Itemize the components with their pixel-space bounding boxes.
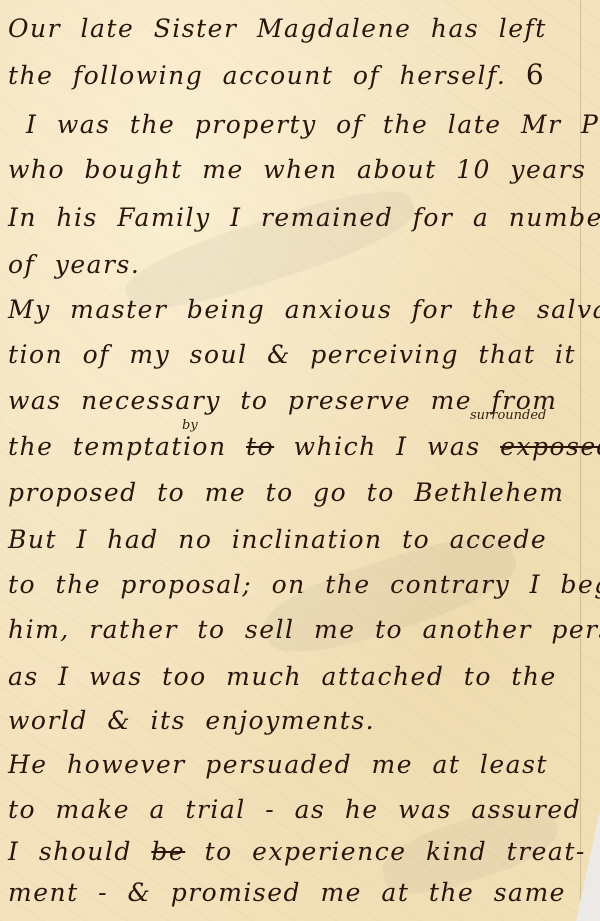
text-line-6: of years. [8, 250, 140, 279]
text-line-19: I should be to experience kind treat- [8, 837, 586, 866]
struck-word: to [246, 432, 274, 461]
text-line-1: Our late Sister Magdalene has left [8, 14, 547, 43]
text-line-3: I was the property of the late Mr Procto… [26, 110, 600, 139]
text-line-2: the following account of herself. 6 [8, 58, 545, 91]
text-line-5: In his Family I remained for a number [8, 203, 600, 232]
text-line-15: as I was too much attached to the [8, 662, 557, 691]
text-line-8: tion of my soul & perceiving that it [8, 340, 576, 369]
text-line-20: ment - & promised me at the same [8, 878, 566, 907]
text-line-13: to the proposal; on the contrary I begge… [8, 570, 600, 599]
insertion-by: by [182, 418, 198, 433]
text-line-14: him, rather to sell me to another person… [8, 615, 600, 644]
text-line-16: world & its enjoyments. [8, 706, 375, 735]
text-line-11: proposed to me to go to Bethlehem [8, 478, 564, 507]
text-line-12: But I had no inclination to accede [8, 525, 547, 554]
text-line-4: who bought me when about 10 years old [8, 155, 600, 184]
page-number: 6 [526, 58, 545, 91]
text-line-18: to make a trial - as he was assured [8, 795, 581, 824]
struck-word: exposed, [500, 432, 600, 461]
text-line-10: the temptation to which I was exposed, [8, 432, 600, 461]
manuscript-page: Our late Sister Magdalene has left the f… [0, 0, 600, 921]
insertion-surrounded: surrounded [470, 408, 546, 423]
text-line-7: My master being anxious for the salva- [8, 295, 600, 324]
text-line-17: He however persuaded me at least [8, 750, 548, 779]
struck-word: be [151, 837, 185, 866]
